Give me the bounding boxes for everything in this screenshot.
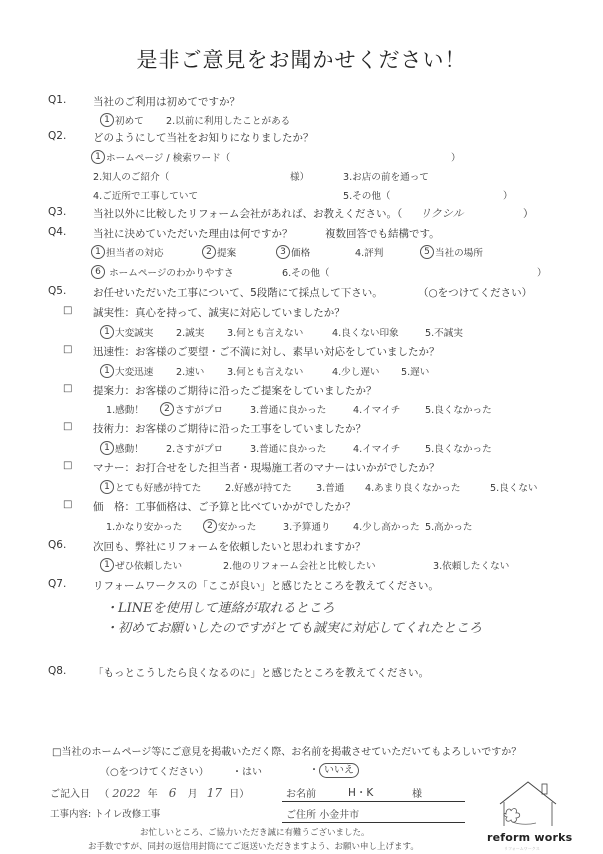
sincerity-option-3[interactable]: 3.何とも言えない [227, 325, 303, 339]
consent-yes[interactable]: ・はい [232, 763, 262, 778]
consent-question: □当社のホームページ等にご意見を掲載いただく際、お名前を掲載させていただいてもよ… [52, 743, 521, 758]
q6-option-1[interactable]: 1ぜひ依頼したい [100, 558, 182, 573]
selected-circle-icon: 1 [100, 480, 114, 494]
q1-option-2[interactable]: 2.以前に利用したことがある [166, 113, 290, 127]
checkbox-sincerity[interactable]: □ [63, 305, 72, 316]
q4-number: Q4. [48, 226, 66, 238]
manners-option-5[interactable]: 5.良くない [490, 480, 538, 494]
skill-option-2[interactable]: 2.さすがプロ [166, 441, 223, 455]
price-option-3[interactable]: 3.予算通り [283, 519, 331, 533]
name-underline [282, 801, 465, 802]
entry-date[interactable]: ご記入日 （ 2022 年 6 月 17 日） [50, 785, 249, 800]
q7-answer-1[interactable]: ・LINEを使用して連絡が取れるところ [105, 597, 335, 616]
q5-item-speed: 迅速性：お客様のご要望・ご不満に対し、素早い対応をしていましたか？ [93, 344, 440, 359]
consent-note: （○をつけてください） [100, 763, 209, 778]
q7-number: Q7. [48, 578, 66, 590]
sincerity-option-5[interactable]: 5.不誠実 [425, 325, 463, 339]
checkbox-proposal[interactable]: □ [63, 383, 72, 394]
name-value[interactable]: H・K [348, 785, 373, 800]
q4-option-5[interactable]: 5当社の場所 [420, 245, 483, 260]
selected-circle-icon: 2 [203, 519, 217, 533]
skill-option-4[interactable]: 4.イマイチ [353, 441, 400, 455]
skill-option-5[interactable]: 5.良くなかった [425, 441, 492, 455]
q3-question: 当社以外に比較したリフォーム会社があれば、お教えください。（ [93, 206, 402, 221]
selected-circle-icon: 1 [100, 558, 114, 572]
address-underline [282, 822, 465, 823]
thanks-line-2: お手数ですが、同封の返信用封筒にてご返送いただきますよう、お願い申し上げます。 [88, 840, 419, 852]
q4-note: 複数回答でも結構です。 [325, 226, 440, 241]
selected-circle-icon: 1 [100, 441, 114, 455]
q1-question: 当社のご利用は初めてですか？ [93, 94, 240, 109]
checkbox-skill[interactable]: □ [63, 421, 72, 432]
q3-close: ） [523, 206, 534, 221]
q4-option-other[interactable]: 6.その他（ [282, 265, 330, 279]
selected-circle-icon: 2 [202, 245, 216, 259]
speed-option-1[interactable]: 1大変迅速 [100, 364, 153, 379]
q2-option-2[interactable]: 2.知人のご紹介（ [93, 169, 169, 183]
selected-circle-icon: 1 [100, 364, 114, 378]
selected-circle-icon: 3 [276, 245, 290, 259]
q6-question: 次回も、弊社にリフォームを依頼したいと思われますか？ [93, 539, 365, 554]
q2-option-2-suffix: 様） [290, 169, 309, 183]
q5-item-skill: 技術力：お客様のご期待に沿った工事をしていましたか？ [93, 421, 366, 436]
q4-option-3[interactable]: 3価格 [276, 245, 310, 260]
house-icon [494, 778, 564, 830]
q8-question: 「もっとこうしたら良くなるのに」と感じたところを教えてください。 [93, 665, 429, 680]
q5-item-price: 価 格：工事価格は、ご予算と比べていかがでしたか？ [93, 499, 356, 514]
proposal-option-5[interactable]: 5.良くなかった [425, 402, 492, 416]
selected-circle-icon: 1 [91, 150, 105, 164]
sincerity-option-1[interactable]: 1大変誠実 [100, 325, 153, 340]
q5-item-proposal: 提案力：お客様のご期待に沿ったご提案をしていましたか？ [93, 383, 377, 398]
proposal-option-4[interactable]: 4.イマイチ [353, 402, 400, 416]
q6-option-2[interactable]: 2.他のリフォーム会社と比較したい [223, 558, 376, 572]
price-option-2[interactable]: 2安かった [203, 519, 256, 534]
name-label: お名前 [286, 785, 316, 800]
q6-option-3[interactable]: 3.依頼したくない [433, 558, 509, 572]
q5-item-manners: マナー：お打合せをした担当者・現場施工者のマナーはいかがでしたか？ [93, 460, 440, 475]
sincerity-option-2[interactable]: 2.誠実 [176, 325, 204, 339]
q3-number: Q3. [48, 206, 66, 218]
manners-option-3[interactable]: 3.普通 [316, 480, 344, 494]
sincerity-option-4[interactable]: 4.良くない印象 [332, 325, 399, 339]
price-option-4[interactable]: 4.少し高かった [353, 519, 420, 533]
consent-no[interactable]: ・いいえ [309, 761, 359, 778]
q2-question: どのようにして当社をお知りになりましたか？ [93, 130, 314, 145]
q4-option-4[interactable]: 4.評判 [355, 245, 383, 259]
reform-works-logo [494, 778, 564, 830]
thanks-line-1: お忙しいところ、ご協力いただき誠に有難うございました。 [140, 826, 370, 838]
selected-circle-icon: 1 [100, 325, 114, 339]
q5-item-sincerity: 誠実性：真心を持って、誠実に対応していましたか？ [93, 305, 345, 320]
logo-subtext: リフォームワークス [504, 846, 540, 852]
name-suffix: 様 [412, 785, 422, 800]
q8-number: Q8. [48, 665, 66, 677]
q4-option-2[interactable]: 2提案 [202, 245, 236, 260]
selected-circle-icon: 1 [91, 245, 105, 259]
proposal-option-2[interactable]: 2さすがプロ [160, 402, 223, 417]
manners-option-1[interactable]: 1とても好感が持てた [100, 480, 201, 495]
q2-option-4[interactable]: 4.ご近所で工事していて [93, 188, 198, 202]
checkbox-price[interactable]: □ [63, 499, 72, 510]
q2-option-1-close: ） [451, 150, 461, 164]
q3-answer[interactable]: リクシル [420, 205, 464, 221]
q1-option-1[interactable]: 1初めて [100, 113, 144, 128]
skill-option-1[interactable]: 1感動！ [100, 441, 144, 456]
price-option-5[interactable]: 5.高かった [425, 519, 473, 533]
selected-circle-icon: 5 [420, 245, 434, 259]
q8-answer-area[interactable] [105, 685, 545, 735]
selected-circle-icon: いいえ [319, 763, 359, 778]
manners-option-2[interactable]: 2.好感が持てた [225, 480, 292, 494]
skill-option-3[interactable]: 3.普通に良かった [250, 441, 326, 455]
q5-question: お任せいただいた工事について、5段階にて採点して下さい。 [93, 285, 383, 300]
address-field[interactable]: ご住所 小金井市 [286, 806, 359, 821]
manners-option-4[interactable]: 4.あまり良くなかった [365, 480, 461, 494]
q4-option-6[interactable]: 6 ホームページのわかりやすさ [91, 265, 234, 280]
entry-year: 2022 [112, 787, 140, 800]
entry-month: 6 [169, 786, 177, 800]
proposal-option-1[interactable]: 1.感動！ [106, 402, 144, 416]
q4-other-close: ） [537, 265, 547, 279]
q2-option-5-close: ） [503, 188, 513, 202]
q4-option-1[interactable]: 1担当者の対応 [91, 245, 164, 260]
q4-question: 当社に決めていただいた理由は何ですか？ [93, 226, 293, 241]
speed-option-4[interactable]: 4.少し遅い [332, 364, 380, 378]
logo-text: reform works [487, 831, 572, 844]
q1-number: Q1. [48, 94, 66, 106]
page-title: 是非ご意見をお聞かせください！ [0, 44, 603, 74]
price-option-1[interactable]: 1.かなり安かった [106, 519, 182, 533]
speed-option-5[interactable]: 5.遅い [401, 364, 429, 378]
checkbox-speed[interactable]: □ [63, 344, 72, 355]
q6-number: Q6. [48, 539, 66, 551]
selected-circle-icon: 2 [160, 402, 174, 416]
q7-question: リフォームワークスの「ここが良い」と感じたところを教えてください。 [93, 578, 439, 593]
q2-option-3[interactable]: 3.お店の前を通って [343, 169, 429, 183]
entry-day: 17 [207, 786, 222, 800]
q2-number: Q2. [48, 130, 66, 142]
selected-circle-icon: 1 [100, 113, 114, 127]
checkbox-manners[interactable]: □ [63, 460, 72, 471]
q7-answer-2[interactable]: ・初めてお願いしたのですがとても誠実に対応してくれたところ [105, 617, 482, 636]
q5-note: （○をつけてください） [418, 285, 532, 300]
speed-option-2[interactable]: 2.速い [176, 364, 204, 378]
q2-option-1[interactable]: 1ホームページ / 検索ワード（ [91, 150, 230, 165]
work-content: 工事内容: トイレ改修工事 [50, 806, 160, 820]
speed-option-3[interactable]: 3.何とも言えない [227, 364, 303, 378]
proposal-option-3[interactable]: 3.普通に良かった [250, 402, 326, 416]
q5-number: Q5. [48, 285, 66, 297]
selected-circle-icon: 6 [91, 265, 105, 279]
q2-option-5[interactable]: 5.その他（ [343, 188, 391, 202]
